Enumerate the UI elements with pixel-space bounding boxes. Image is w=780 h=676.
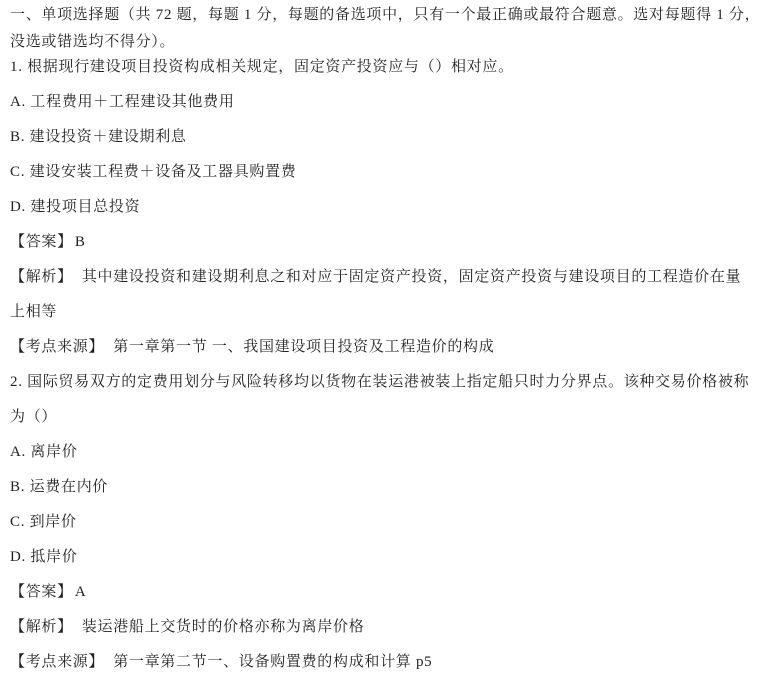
question-1-answer: 【答案】B xyxy=(10,225,768,260)
question-2-option-a: A. 离岸价 xyxy=(10,435,768,470)
question-2-stem: 2. 国际贸易双方的定费用划分与风险转移均以货物在装运港被装上指定船只时力分界点… xyxy=(10,365,768,400)
question-2-option-c: C. 到岸价 xyxy=(10,505,768,540)
answer-label: 【答案】 xyxy=(10,584,73,600)
source-text: 第一章第一节 一、我国建设项目投资及工程造价的构成 xyxy=(113,339,494,355)
document-page: 一、单项选择题（共 72 题，每题 1 分，每题的备选项中，只有一个最正确或最符… xyxy=(0,0,780,676)
source-label: 【考点来源】 xyxy=(10,339,104,355)
question-1-option-a: A. 工程费用＋工程建设其他费用 xyxy=(10,85,768,120)
answer-value: B xyxy=(75,234,86,250)
question-2-stem-continued: 为（） xyxy=(10,400,768,435)
answer-label: 【答案】 xyxy=(10,234,73,250)
explanation-label: 【解析】 xyxy=(10,269,73,285)
question-2-explanation: 【解析】装运港船上交货时的价格亦称为离岸价格 xyxy=(10,610,768,645)
question-1-option-c: C. 建设安装工程费＋设备及工器具购置费 xyxy=(10,155,768,190)
question-2-option-d: D. 抵岸价 xyxy=(10,540,768,575)
section-heading: 一、单项选择题（共 72 题，每题 1 分，每题的备选项中，只有一个最正确或最符… xyxy=(10,2,768,56)
question-1-source: 【考点来源】第一章第一节 一、我国建设项目投资及工程造价的构成 xyxy=(10,330,768,365)
explanation-text: 其中建设投资和建设期利息之和对应于固定资产投资，固定资产投资与建设项目的工程造价… xyxy=(82,269,741,285)
question-2-option-b: B. 运费在内价 xyxy=(10,470,768,505)
question-1-option-b: B. 建设投资＋建设期利息 xyxy=(10,120,768,155)
explanation-label: 【解析】 xyxy=(10,619,73,635)
source-label: 【考点来源】 xyxy=(10,654,104,670)
answer-value: A xyxy=(75,584,87,600)
question-1-stem: 1. 根据现行建设项目投资构成相关规定，固定资产投资应与（）相对应。 xyxy=(10,50,768,85)
question-2-source: 【考点来源】第一章第二节一、设备购置费的构成和计算 p5 xyxy=(10,645,768,676)
question-1-explanation: 【解析】其中建设投资和建设期利息之和对应于固定资产投资，固定资产投资与建设项目的… xyxy=(10,260,768,295)
section-heading-line-1: 一、单项选择题（共 72 题，每题 1 分，每题的备选项中，只有一个最正确或最符… xyxy=(10,2,768,29)
question-2-answer: 【答案】A xyxy=(10,575,768,610)
question-1-explanation-continued: 上相等 xyxy=(10,295,768,330)
explanation-text: 装运港船上交货时的价格亦称为离岸价格 xyxy=(82,619,365,635)
question-1-option-d: D. 建投项目总投资 xyxy=(10,190,768,225)
source-text: 第一章第二节一、设备购置费的构成和计算 p5 xyxy=(113,654,432,670)
